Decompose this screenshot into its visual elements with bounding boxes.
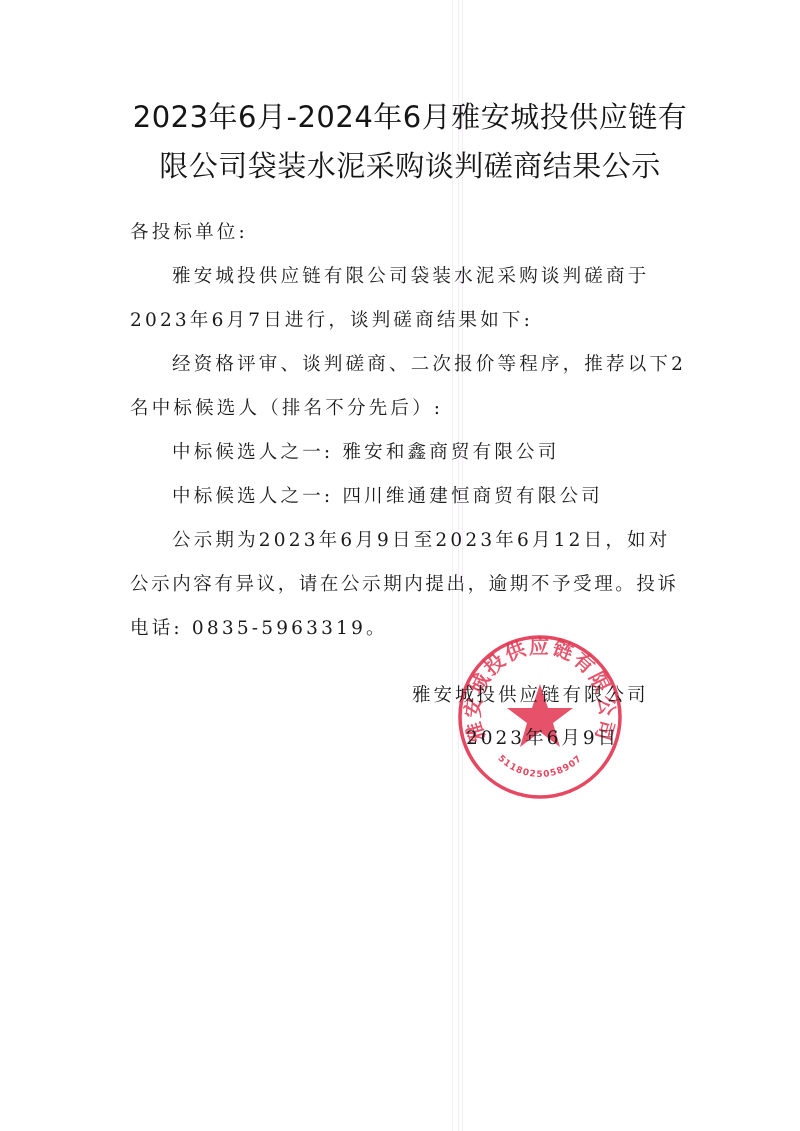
document-title-line-1: 2023年6月-2024年6月雅安城投供应链有: [120, 95, 700, 136]
notice-line: 公示期为2023年6月9日至2023年6月12日，如对: [172, 526, 670, 552]
svg-text:5118025058907: 5118025058907: [496, 754, 585, 780]
document-page: 2023年6月-2024年6月雅安城投供应链有 限公司袋装水泥采购谈判磋商结果公…: [0, 0, 800, 1131]
candidate-name: 雅安和鑫商贸有限公司: [342, 442, 559, 463]
candidate-1: 中标候选人之一: 雅安和鑫商贸有限公司: [172, 438, 559, 464]
signature-date: 2023年6月9日: [466, 724, 619, 750]
signature-company: 雅安城投供应链有限公司: [412, 681, 649, 707]
salutation: 各投标单位:: [130, 218, 248, 244]
document-title-line-2: 限公司袋装水泥采购谈判磋商结果公示: [120, 144, 700, 185]
candidate-label: 中标候选人之一:: [172, 486, 333, 507]
body-paragraph-line: 名中标候选人（排名不分先后）:: [130, 394, 443, 420]
company-seal-stamp: 雅安城投供应链有限公司 5118025058907: [455, 632, 625, 802]
notice-line: 公示内容有异议，请在公示期内提出，逾期不予受理。投诉: [130, 570, 679, 596]
candidate-label: 中标候选人之一:: [172, 442, 333, 463]
candidate-2: 中标候选人之一: 四川维通建恒商贸有限公司: [172, 482, 603, 508]
body-paragraph-line: 雅安城投供应链有限公司袋装水泥采购谈判磋商于: [172, 262, 649, 288]
candidate-name: 四川维通建恒商贸有限公司: [342, 486, 602, 507]
stamp-code: 5118025058907: [496, 754, 585, 780]
notice-line: 电话: 0835-5963319。: [130, 614, 388, 640]
body-paragraph-line: 2023年6月7日进行，谈判磋商结果如下:: [130, 306, 533, 332]
body-paragraph-line: 经资格评审、谈判磋商、二次报价等程序，推荐以下2: [172, 350, 686, 376]
